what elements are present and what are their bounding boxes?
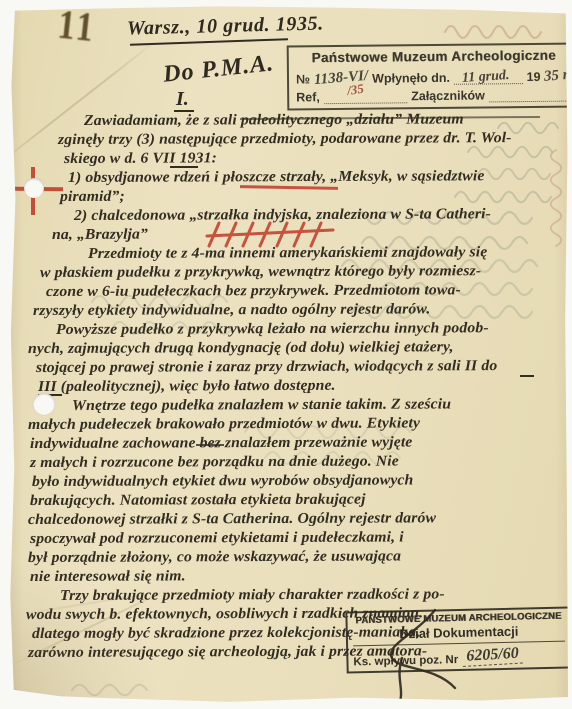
handwritten-line: nie interesował się nim. — [30, 567, 186, 586]
handwritten-line: rzyszyły etykiety indywidualne, a nadto … — [33, 300, 430, 320]
section-numeral: I. — [176, 88, 189, 111]
receipt-stamp: Państwowe Muzeum Archeologiczne № 1138-V… — [287, 42, 572, 110]
ink-flourish — [340, 590, 520, 709]
handwritten-line: nych, zajmujących drugą kondygnację (od … — [28, 338, 454, 358]
dotted-line: 11 grud. — [454, 70, 523, 85]
handwritten-number-fraction: /35 — [346, 81, 365, 99]
handwritten-line: spoczywał pod rozrzuconemi etykietami i … — [30, 528, 404, 548]
handwritten-line: stojącej po prawej stronie i zaraz przy … — [36, 357, 497, 377]
year-printed: 19 — [527, 70, 541, 84]
archival-corner-mark: 11 — [56, 2, 99, 51]
handwritten-line: czone w 6-iu pudełeczkach bez przykrywek… — [46, 281, 461, 301]
dotted-line — [324, 89, 408, 104]
handwritten-line: chalcedonowej strzałki z S-ta Catherina.… — [28, 509, 436, 529]
scanned-document: 11 Warsz., 10 grud. 1935. Do P.M.A. I. P… — [0, 0, 572, 709]
handwritten-line: małych pudełeczek brakowało przedmiotów … — [28, 414, 420, 434]
number-label: № — [296, 72, 310, 86]
handwritten-line: był porządnie złożony, co może wskazywać… — [28, 547, 401, 567]
handwritten-line: na, „Brazylja” — [52, 226, 148, 244]
attachments-label: Załączników — [411, 88, 485, 103]
handwritten-line: w płaskiem pudełku z przykrywką, wewnątr… — [40, 262, 481, 282]
handwritten-received-date: 11 grud. — [461, 68, 509, 87]
dotted-line — [489, 88, 572, 103]
handwritten-line: Zawiadamiam, że z sali paleolitycznego „… — [84, 110, 464, 130]
received-label: Wpłynęło dn. — [372, 71, 450, 86]
handwritten-line: Wnętrze tego pudełka znalazłem w stanie … — [72, 395, 451, 415]
red-hatch-mark — [203, 220, 339, 250]
handwritten-line: piramid”; — [60, 188, 125, 206]
hole-punch — [33, 393, 55, 415]
ref-label: Ref, — [296, 90, 320, 104]
paper-sheet: 11 Warsz., 10 grud. 1935. Do P.M.A. I. P… — [0, 0, 572, 709]
hole-punch — [24, 178, 44, 198]
handwritten-line: III (paleolitycznej), więc było łatwo do… — [38, 377, 336, 396]
ink-strike — [196, 444, 224, 446]
receipt-stamp-title: Państwowe Muzeum Archeologiczne — [296, 48, 572, 66]
handwritten-line: Powyższe pudełko z przykrywką leżało na … — [56, 319, 489, 339]
handwritten-line: brakujących. Natomiast została etykieta … — [30, 491, 366, 510]
ink-underline — [520, 375, 534, 377]
handwritten-line: zginęły trzy (3) następujące przedmioty,… — [58, 129, 512, 149]
handwritten-line: z małych i rozrzucone bez porządku na dn… — [30, 452, 399, 472]
handwritten-year: 35 r. — [544, 67, 572, 86]
ink-underline — [170, 166, 198, 168]
handwritten-line: 1) obsydjanowe rdzeń i płoszcze strzały,… — [68, 167, 484, 187]
receipt-stamp-ref-row: Ref, Załączników — [296, 88, 572, 105]
handwritten-line: było indywidualnych etykiet dwu wyrobów … — [32, 471, 413, 491]
receipt-stamp-number-row: № 1138-VI/ Wpłynęło dn. 11 grud. 19 35 r… — [296, 67, 572, 87]
